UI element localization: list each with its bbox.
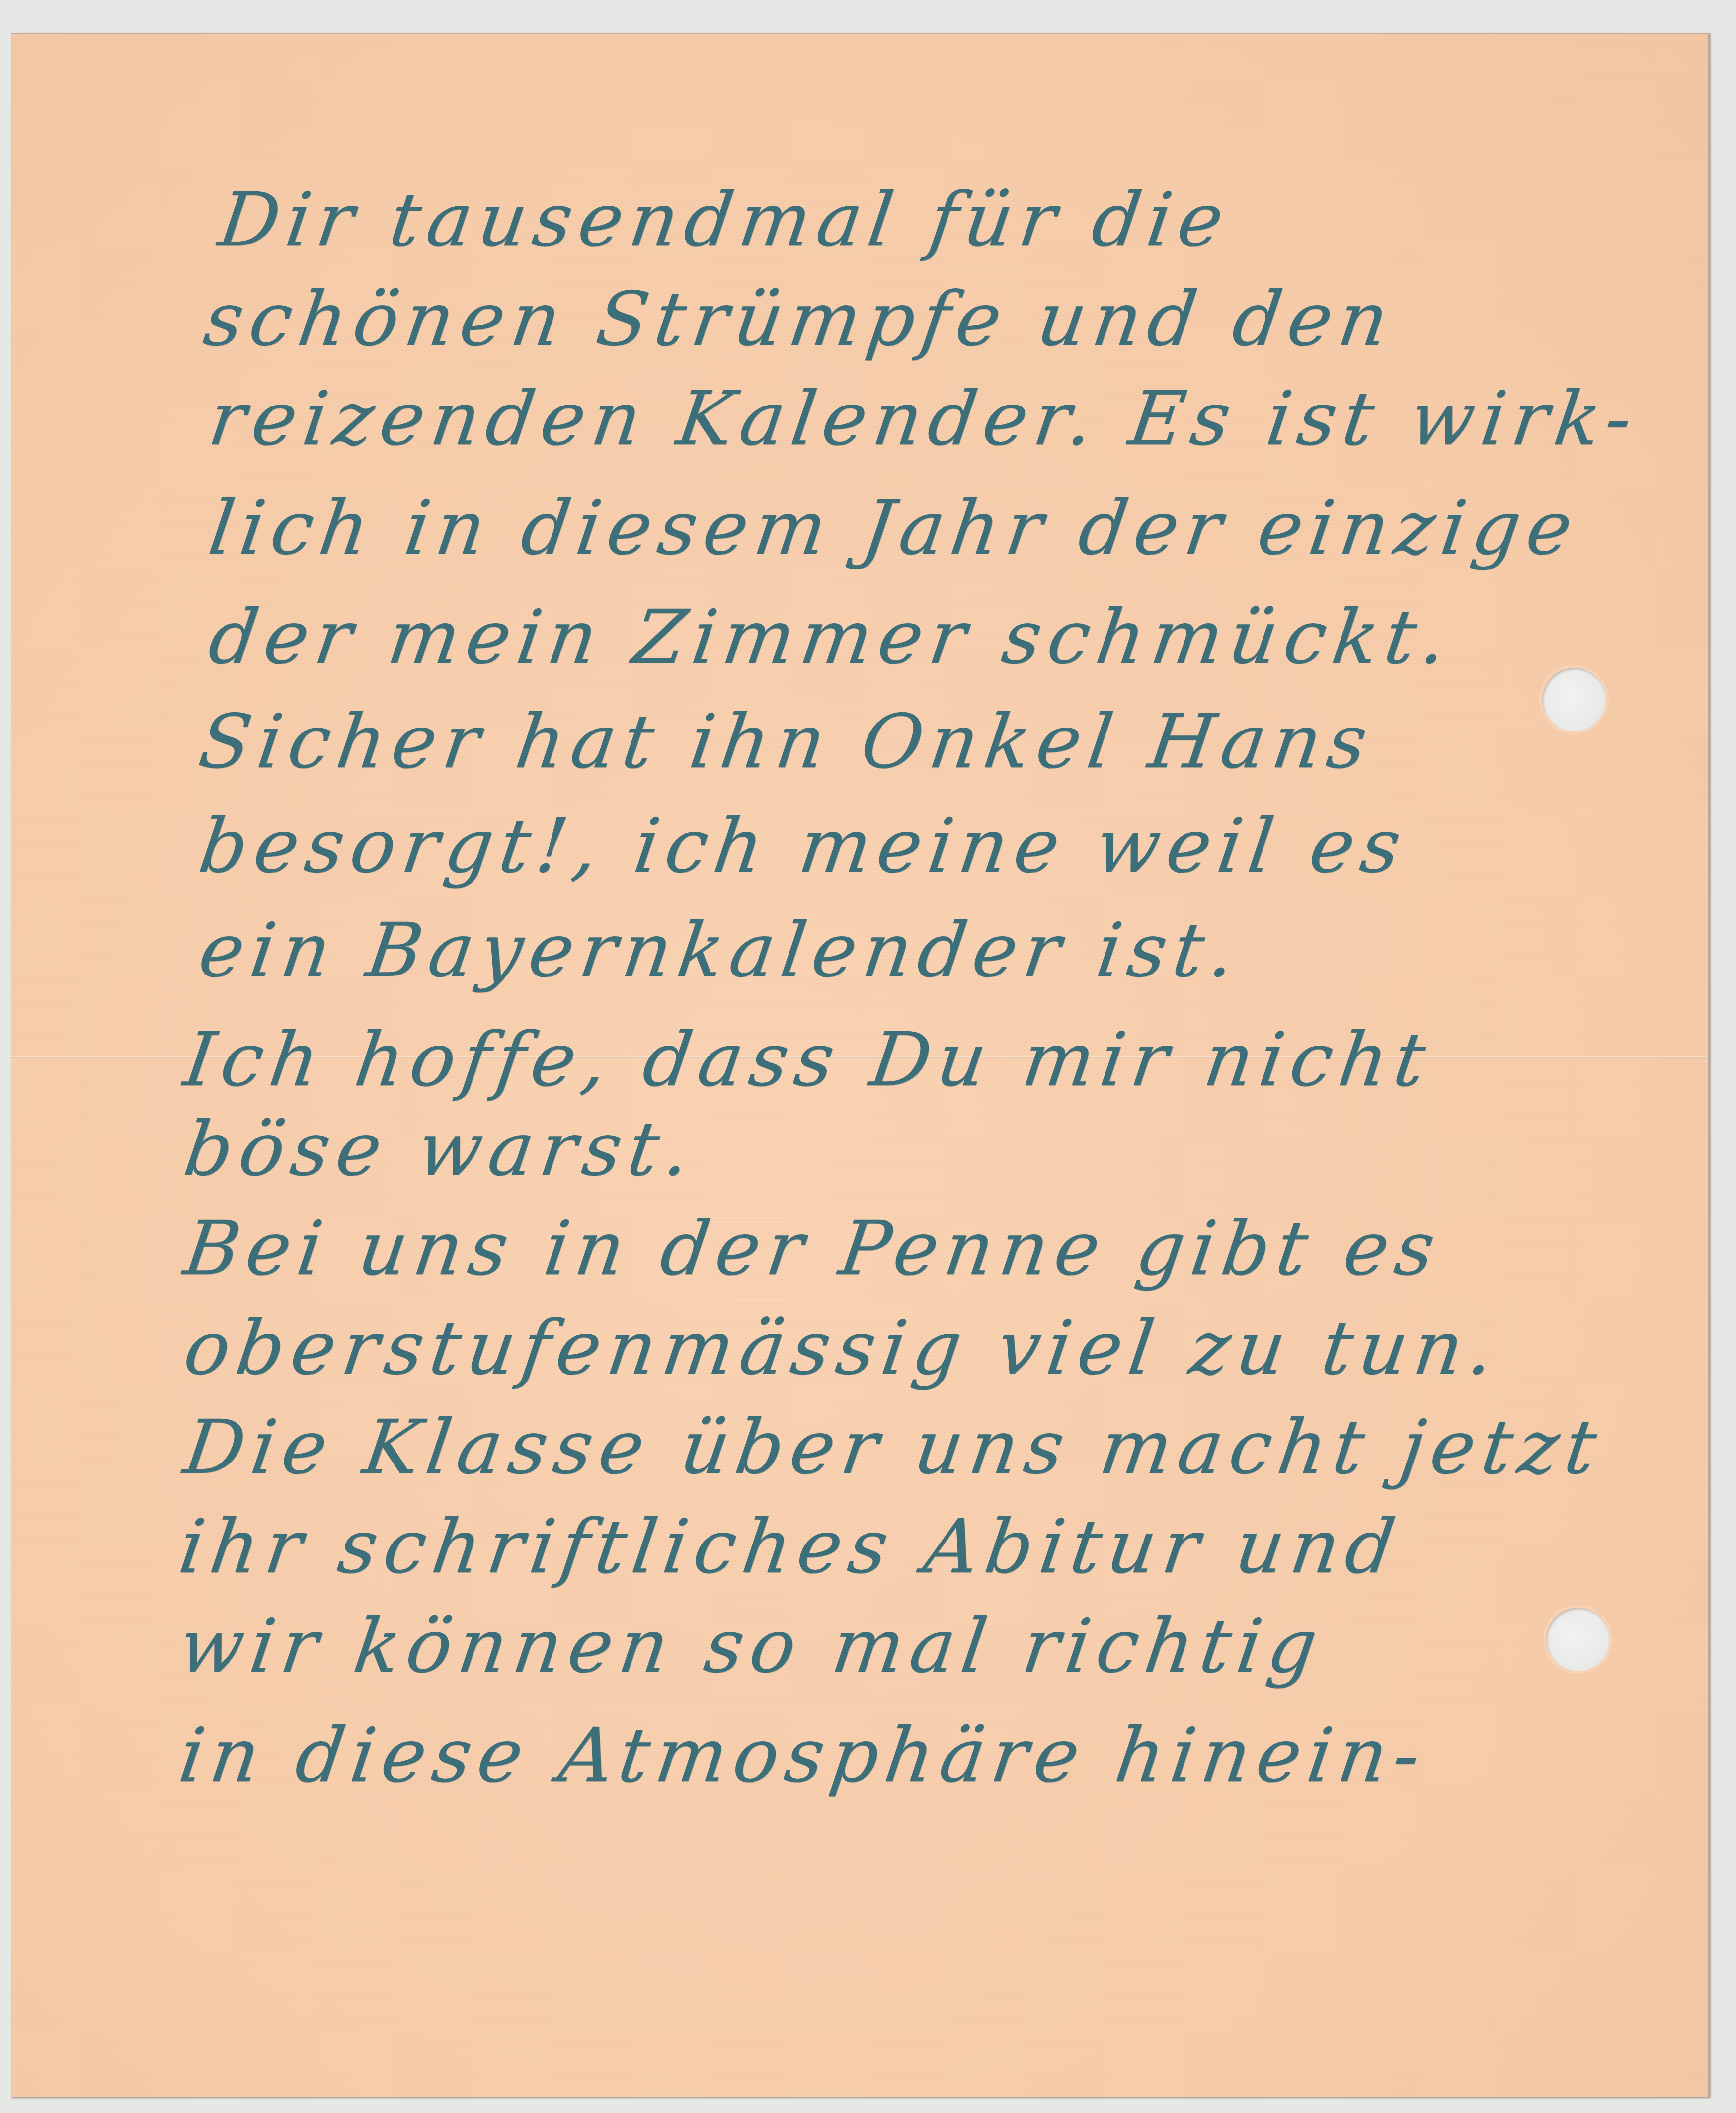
letter-line-10: böse warst. — [180, 1112, 701, 1187]
letter-line-8: ein Bayernkalender ist. — [195, 913, 1246, 988]
letter-line-15: wir können so mal richtig — [175, 1609, 1328, 1684]
letter-line-2: schönen Strümpfe und den — [200, 282, 1400, 357]
letter-line-13: Die Klasse über uns macht jetzt — [180, 1410, 1607, 1485]
letter-line-6: Sicher hat ihn Onkel Hans — [195, 705, 1378, 779]
letter-line-11: Bei uns in der Penne gibt es — [180, 1212, 1446, 1286]
letter-line-4: lich in diesem Jahr der einzige — [205, 491, 1583, 566]
letter-line-9: Ich hoffe, dass Du mir nicht — [180, 1023, 1436, 1097]
letter-line-16: in diese Atmosphäre hinein- — [175, 1718, 1431, 1793]
letter-line-12: oberstufenmässig viel zu tun. — [180, 1311, 1505, 1385]
letter-line-14: ihr schriftliches Abitur und — [175, 1510, 1406, 1584]
letter-line-5: der mein Zimmer schmückt. — [205, 600, 1458, 675]
letter-line-1: Dir tausendmal für die — [215, 183, 1235, 257]
letter-line-7: besorgt!, ich meine weil es — [195, 809, 1412, 884]
letter-sheet: Dir tausendmal für die schönen Strümpfe … — [11, 33, 1710, 2097]
handwritten-letter-body: Dir tausendmal für die schönen Strümpfe … — [11, 34, 1708, 2097]
letter-line-3: reizenden Kalender. Es ist wirk- — [205, 382, 1643, 456]
